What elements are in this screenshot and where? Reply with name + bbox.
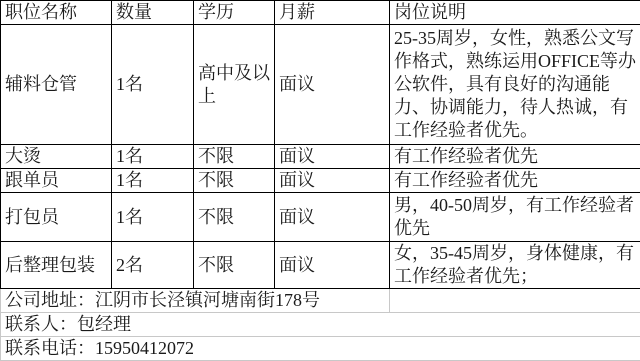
- cell-description: 女，35-45周岁，身体健康，有工作经验者优先；: [390, 242, 640, 289]
- cell-description: 25-35周岁，女性，熟悉公文写作格式，熟练运用OFFICE等办公软件，具有良好…: [390, 25, 640, 145]
- cell-description: 有工作经验者优先: [390, 169, 640, 193]
- header-count: 数量: [112, 1, 194, 25]
- cell-position: 跟单员: [1, 169, 112, 193]
- cell-count: 1名: [112, 25, 194, 145]
- cell-salary: 面议: [275, 25, 390, 145]
- cell-education: 不限: [194, 145, 275, 169]
- footer-phone-row: 联系电话：15950412072: [1, 337, 640, 361]
- header-salary: 月薪: [275, 1, 390, 25]
- cell-position: 打包员: [1, 193, 112, 242]
- footer-empty-cell: [390, 289, 640, 313]
- cell-position: 后整理包装: [1, 242, 112, 289]
- cell-count: 1名: [112, 145, 194, 169]
- header-description: 岗位说明: [390, 1, 640, 25]
- cell-count: 2名: [112, 242, 194, 289]
- cell-education: 不限: [194, 193, 275, 242]
- cell-education: 不限: [194, 169, 275, 193]
- table-row: 打包员 1名 不限 面议 男，40-50周岁，有工作经验者优先: [1, 193, 640, 242]
- table-header-row: 职位名称 数量 学历 月薪 岗位说明: [1, 1, 640, 25]
- cell-salary: 面议: [275, 145, 390, 169]
- table-row: 辅料仓管 1名 高中及以上 面议 25-35周岁，女性，熟悉公文写作格式，熟练运…: [1, 25, 640, 145]
- cell-position: 辅料仓管: [1, 25, 112, 145]
- job-listings-table: 职位名称 数量 学历 月薪 岗位说明 辅料仓管 1名 高中及以上 面议 25-3…: [0, 0, 640, 361]
- cell-education: 不限: [194, 242, 275, 289]
- company-address: 公司地址：江阴市长泾镇河塘南街178号: [1, 289, 390, 313]
- footer-contact-row: 联系人：包经理: [1, 313, 640, 337]
- cell-salary: 面议: [275, 242, 390, 289]
- contact-person: 联系人：包经理: [1, 313, 640, 337]
- footer-address-row: 公司地址：江阴市长泾镇河塘南街178号: [1, 289, 640, 313]
- contact-phone: 联系电话：15950412072: [1, 337, 640, 361]
- cell-salary: 面议: [275, 193, 390, 242]
- header-position: 职位名称: [1, 1, 112, 25]
- cell-description: 男，40-50周岁，有工作经验者优先: [390, 193, 640, 242]
- table-row: 后整理包装 2名 不限 面议 女，35-45周岁，身体健康，有工作经验者优先；: [1, 242, 640, 289]
- table-row: 大烫 1名 不限 面议 有工作经验者优先: [1, 145, 640, 169]
- cell-count: 1名: [112, 169, 194, 193]
- cell-education: 高中及以上: [194, 25, 275, 145]
- cell-description: 有工作经验者优先: [390, 145, 640, 169]
- cell-salary: 面议: [275, 169, 390, 193]
- cell-position: 大烫: [1, 145, 112, 169]
- header-education: 学历: [194, 1, 275, 25]
- cell-count: 1名: [112, 193, 194, 242]
- table-row: 跟单员 1名 不限 面议 有工作经验者优先: [1, 169, 640, 193]
